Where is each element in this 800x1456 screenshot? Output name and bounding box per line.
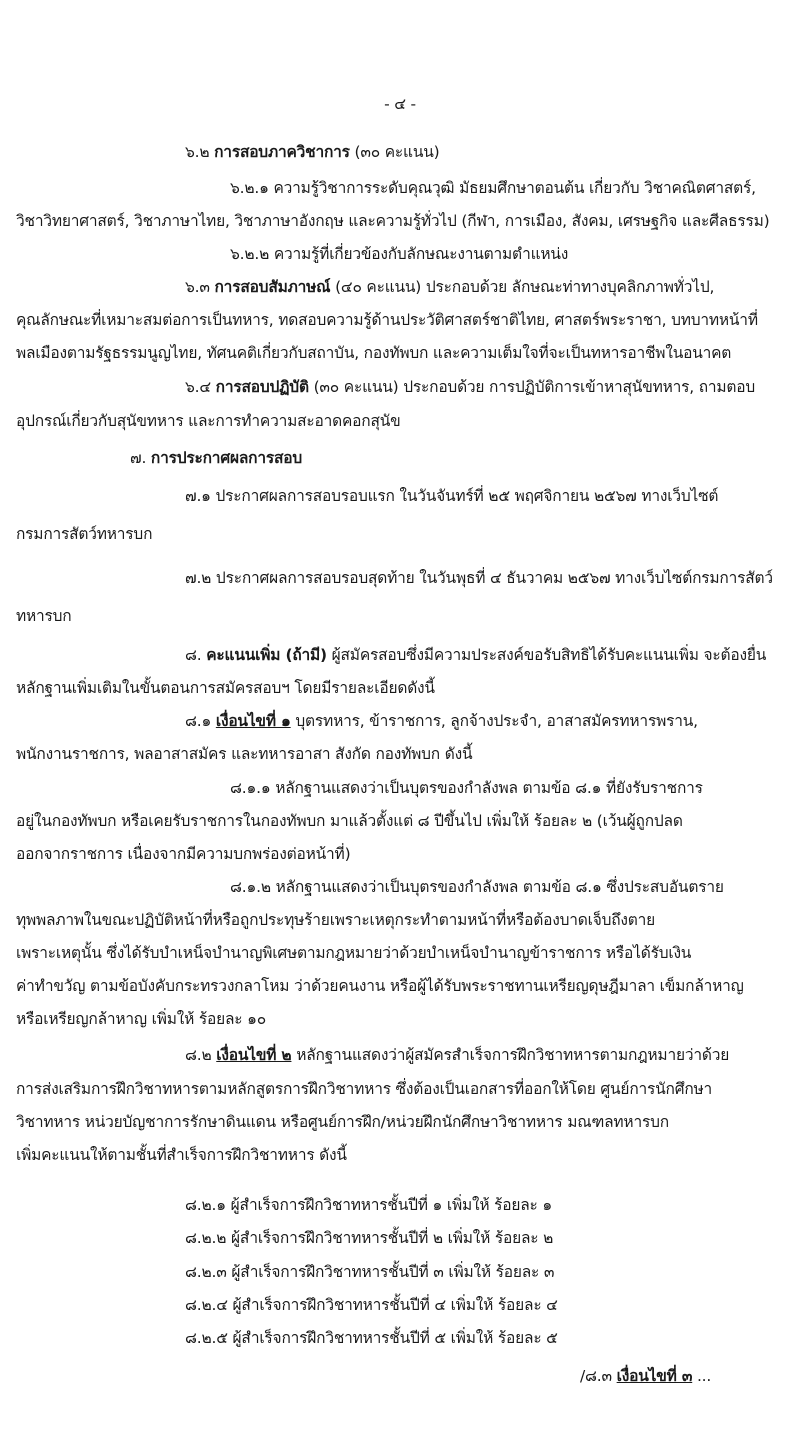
list-item-8-2-5: ๘.๒.๕ ผู้สำเร็จการฝึกวิชาทหารชั้นปีที่ ๕… bbox=[185, 1328, 558, 1348]
section-8-line1: ๘. คะแนนเพิ่ม (ถ้ามี) ผู้สมัครสอบซึ่งมีค… bbox=[185, 645, 766, 665]
condition-label: เงื่อนไขที่ ๑ bbox=[216, 712, 291, 730]
section-number: ๖.๔ bbox=[185, 378, 211, 396]
condition-2-line3: วิชาทหาร หน่วยบัญชาการรักษาดินแดน หรือศู… bbox=[16, 1112, 669, 1132]
continuation-prefix: /๘.๓ bbox=[580, 1367, 612, 1385]
section-6-3-line2: คุณลักษณะที่เหมาะสมต่อการเป็นทหาร, ทดสอบ… bbox=[16, 310, 758, 330]
paragraph-8-1-1-line3: ออกจากราชการ เนื่องจากมีความบกพร่องต่อหน… bbox=[16, 844, 350, 864]
paragraph-7-2-line1: ๗.๒ ประกาศผลการสอบรอบสุดท้าย ในวันพุธที่… bbox=[185, 568, 773, 588]
condition-text: หลักฐานแสดงว่าผู้สมัครสำเร็จการฝึกวิชาทห… bbox=[296, 1046, 729, 1064]
continuation-note: /๘.๓ เงื่อนไขที่ ๓ ... bbox=[580, 1366, 711, 1386]
section-title: คะแนนเพิ่ม (ถ้ามี) bbox=[206, 646, 327, 664]
list-item-8-2-2: ๘.๒.๒ ผู้สำเร็จการฝึกวิชาทหารชั้นปีที่ ๒… bbox=[185, 1228, 553, 1248]
section-title: การประกาศผลการสอบ bbox=[151, 449, 302, 467]
paragraph-8-1-1-line2: อยู่ในกองทัพบก หรือเคยรับราชการในกองทัพบ… bbox=[16, 811, 683, 831]
section-number: ๖.๒ bbox=[185, 143, 209, 161]
section-6-3-line3: พลเมืองตามรัฐธรรมนูญไทย, ทัศนคติเกี่ยวกั… bbox=[16, 343, 731, 363]
list-item-8-2-4: ๘.๒.๔ ผู้สำเร็จการฝึกวิชาทหารชั้นปีที่ ๔… bbox=[185, 1295, 558, 1315]
paragraph-8-1-1-line1: ๘.๑.๑ หลักฐานแสดงว่าเป็นบุตรของกำลังพล ต… bbox=[230, 778, 703, 798]
document-page: - ๔ - ๖.๒ การสอบภาควิชาการ (๓๐ คะแนน) ๖.… bbox=[0, 0, 800, 1456]
condition-number: ๘.๑ bbox=[185, 712, 211, 730]
section-6-4-line2: อุปกรณ์เกี่ยวกับสุนัขทหาร และการทำความสะ… bbox=[16, 411, 401, 431]
paragraph-8-1-2-line1: ๘.๑.๒ หลักฐานแสดงว่าเป็นบุตรของกำลังพล ต… bbox=[230, 877, 724, 897]
paragraph-6-2-1-line2: วิชาวิทยาศาสตร์, วิชาภาษาไทย, วิชาภาษาอั… bbox=[16, 211, 769, 231]
section-number: ๘. bbox=[185, 646, 202, 664]
condition-1-line1: ๘.๑ เงื่อนไขที่ ๑ บุตรทหาร, ข้าราชการ, ล… bbox=[185, 711, 698, 731]
condition-1-line2: พนักงานราชการ, พลอาสาสมัคร และทหารอาสา ส… bbox=[16, 744, 472, 764]
section-score: (๓๐ คะแนน) bbox=[355, 143, 440, 161]
paragraph-7-1-line2: กรมการสัตว์ทหารบก bbox=[16, 524, 152, 544]
section-number: ๖.๓ bbox=[185, 278, 210, 296]
section-text: (๓๐ คะแนน) ประกอบด้วย การปฏิบัติการเข้าห… bbox=[314, 378, 755, 396]
condition-label: เงื่อนไขที่ ๒ bbox=[216, 1046, 291, 1064]
paragraph-8-1-2-line4: ค่าทำขวัญ ตามข้อบังคับกระทรวงกลาโหม ว่าด… bbox=[16, 976, 744, 996]
section-8-line2: หลักฐานเพิ่มเติมในขั้นตอนการสมัครสอบฯ โด… bbox=[16, 678, 435, 698]
condition-2-line2: การส่งเสริมการฝึกวิชาทหารตามหลักสูตรการฝ… bbox=[16, 1079, 712, 1099]
section-title: การสอบสัมภาษณ์ bbox=[215, 278, 331, 296]
continuation-label: เงื่อนไขที่ ๓ bbox=[617, 1367, 693, 1385]
section-number: ๗. bbox=[130, 449, 146, 467]
section-7-heading: ๗. การประกาศผลการสอบ bbox=[130, 448, 302, 468]
paragraph-8-1-2-line3: เพราะเหตุนั้น ซึ่งได้รับบำเหน็จบำนาญพิเศ… bbox=[16, 943, 691, 963]
section-text: ผู้สมัครสอบซึ่งมีความประสงค์ขอรับสิทธิได… bbox=[332, 646, 766, 664]
section-text: (๔๐ คะแนน) ประกอบด้วย ลักษณะท่าทางบุคลิก… bbox=[335, 278, 714, 296]
continuation-suffix: ... bbox=[697, 1367, 711, 1385]
section-6-4-line1: ๖.๔ การสอบปฏิบัติ (๓๐ คะแนน) ประกอบด้วย … bbox=[185, 377, 755, 397]
section-6-2-heading: ๖.๒ การสอบภาควิชาการ (๓๐ คะแนน) bbox=[185, 142, 439, 162]
paragraph-8-1-2-line2: ทุพพลภาพในขณะปฏิบัติหน้าที่หรือถูกประทุษ… bbox=[16, 910, 655, 930]
paragraph-7-1-line1: ๗.๑ ประกาศผลการสอบรอบแรก ในวันจันทร์ที่ … bbox=[185, 486, 718, 506]
section-title: การสอบปฏิบัติ bbox=[216, 378, 309, 396]
list-item-8-2-1: ๘.๒.๑ ผู้สำเร็จการฝึกวิชาทหารชั้นปีที่ ๑… bbox=[185, 1195, 552, 1215]
paragraph-6-2-1-line1: ๖.๒.๑ ความรู้วิชาการระดับคุณวุฒิ มัธยมศึ… bbox=[230, 178, 756, 198]
section-6-3-line1: ๖.๓ การสอบสัมภาษณ์ (๔๐ คะแนน) ประกอบด้วย… bbox=[185, 277, 714, 297]
paragraph-7-2-line2: ทหารบก bbox=[16, 606, 72, 626]
section-title: การสอบภาควิชาการ bbox=[214, 143, 350, 161]
list-item-8-2-3: ๘.๒.๓ ผู้สำเร็จการฝึกวิชาทหารชั้นปีที่ ๓… bbox=[185, 1262, 554, 1282]
page-number: - ๔ - bbox=[0, 94, 800, 114]
paragraph-8-1-2-line5: หรือเหรียญกล้าหาญ เพิ่มให้ ร้อยละ ๑๐ bbox=[16, 1009, 266, 1029]
condition-text: บุตรทหาร, ข้าราชการ, ลูกจ้างประจำ, อาสาส… bbox=[295, 712, 697, 730]
paragraph-6-2-2: ๖.๒.๒ ความรู้ที่เกี่ยวข้องกับลักษณะงานตา… bbox=[230, 244, 568, 264]
condition-2-line1: ๘.๒ เงื่อนไขที่ ๒ หลักฐานแสดงว่าผู้สมัคร… bbox=[185, 1045, 729, 1065]
condition-2-line4: เพิ่มคะแนนให้ตามชั้นที่สำเร็จการฝึกวิชาท… bbox=[16, 1145, 347, 1165]
condition-number: ๘.๒ bbox=[185, 1046, 212, 1064]
